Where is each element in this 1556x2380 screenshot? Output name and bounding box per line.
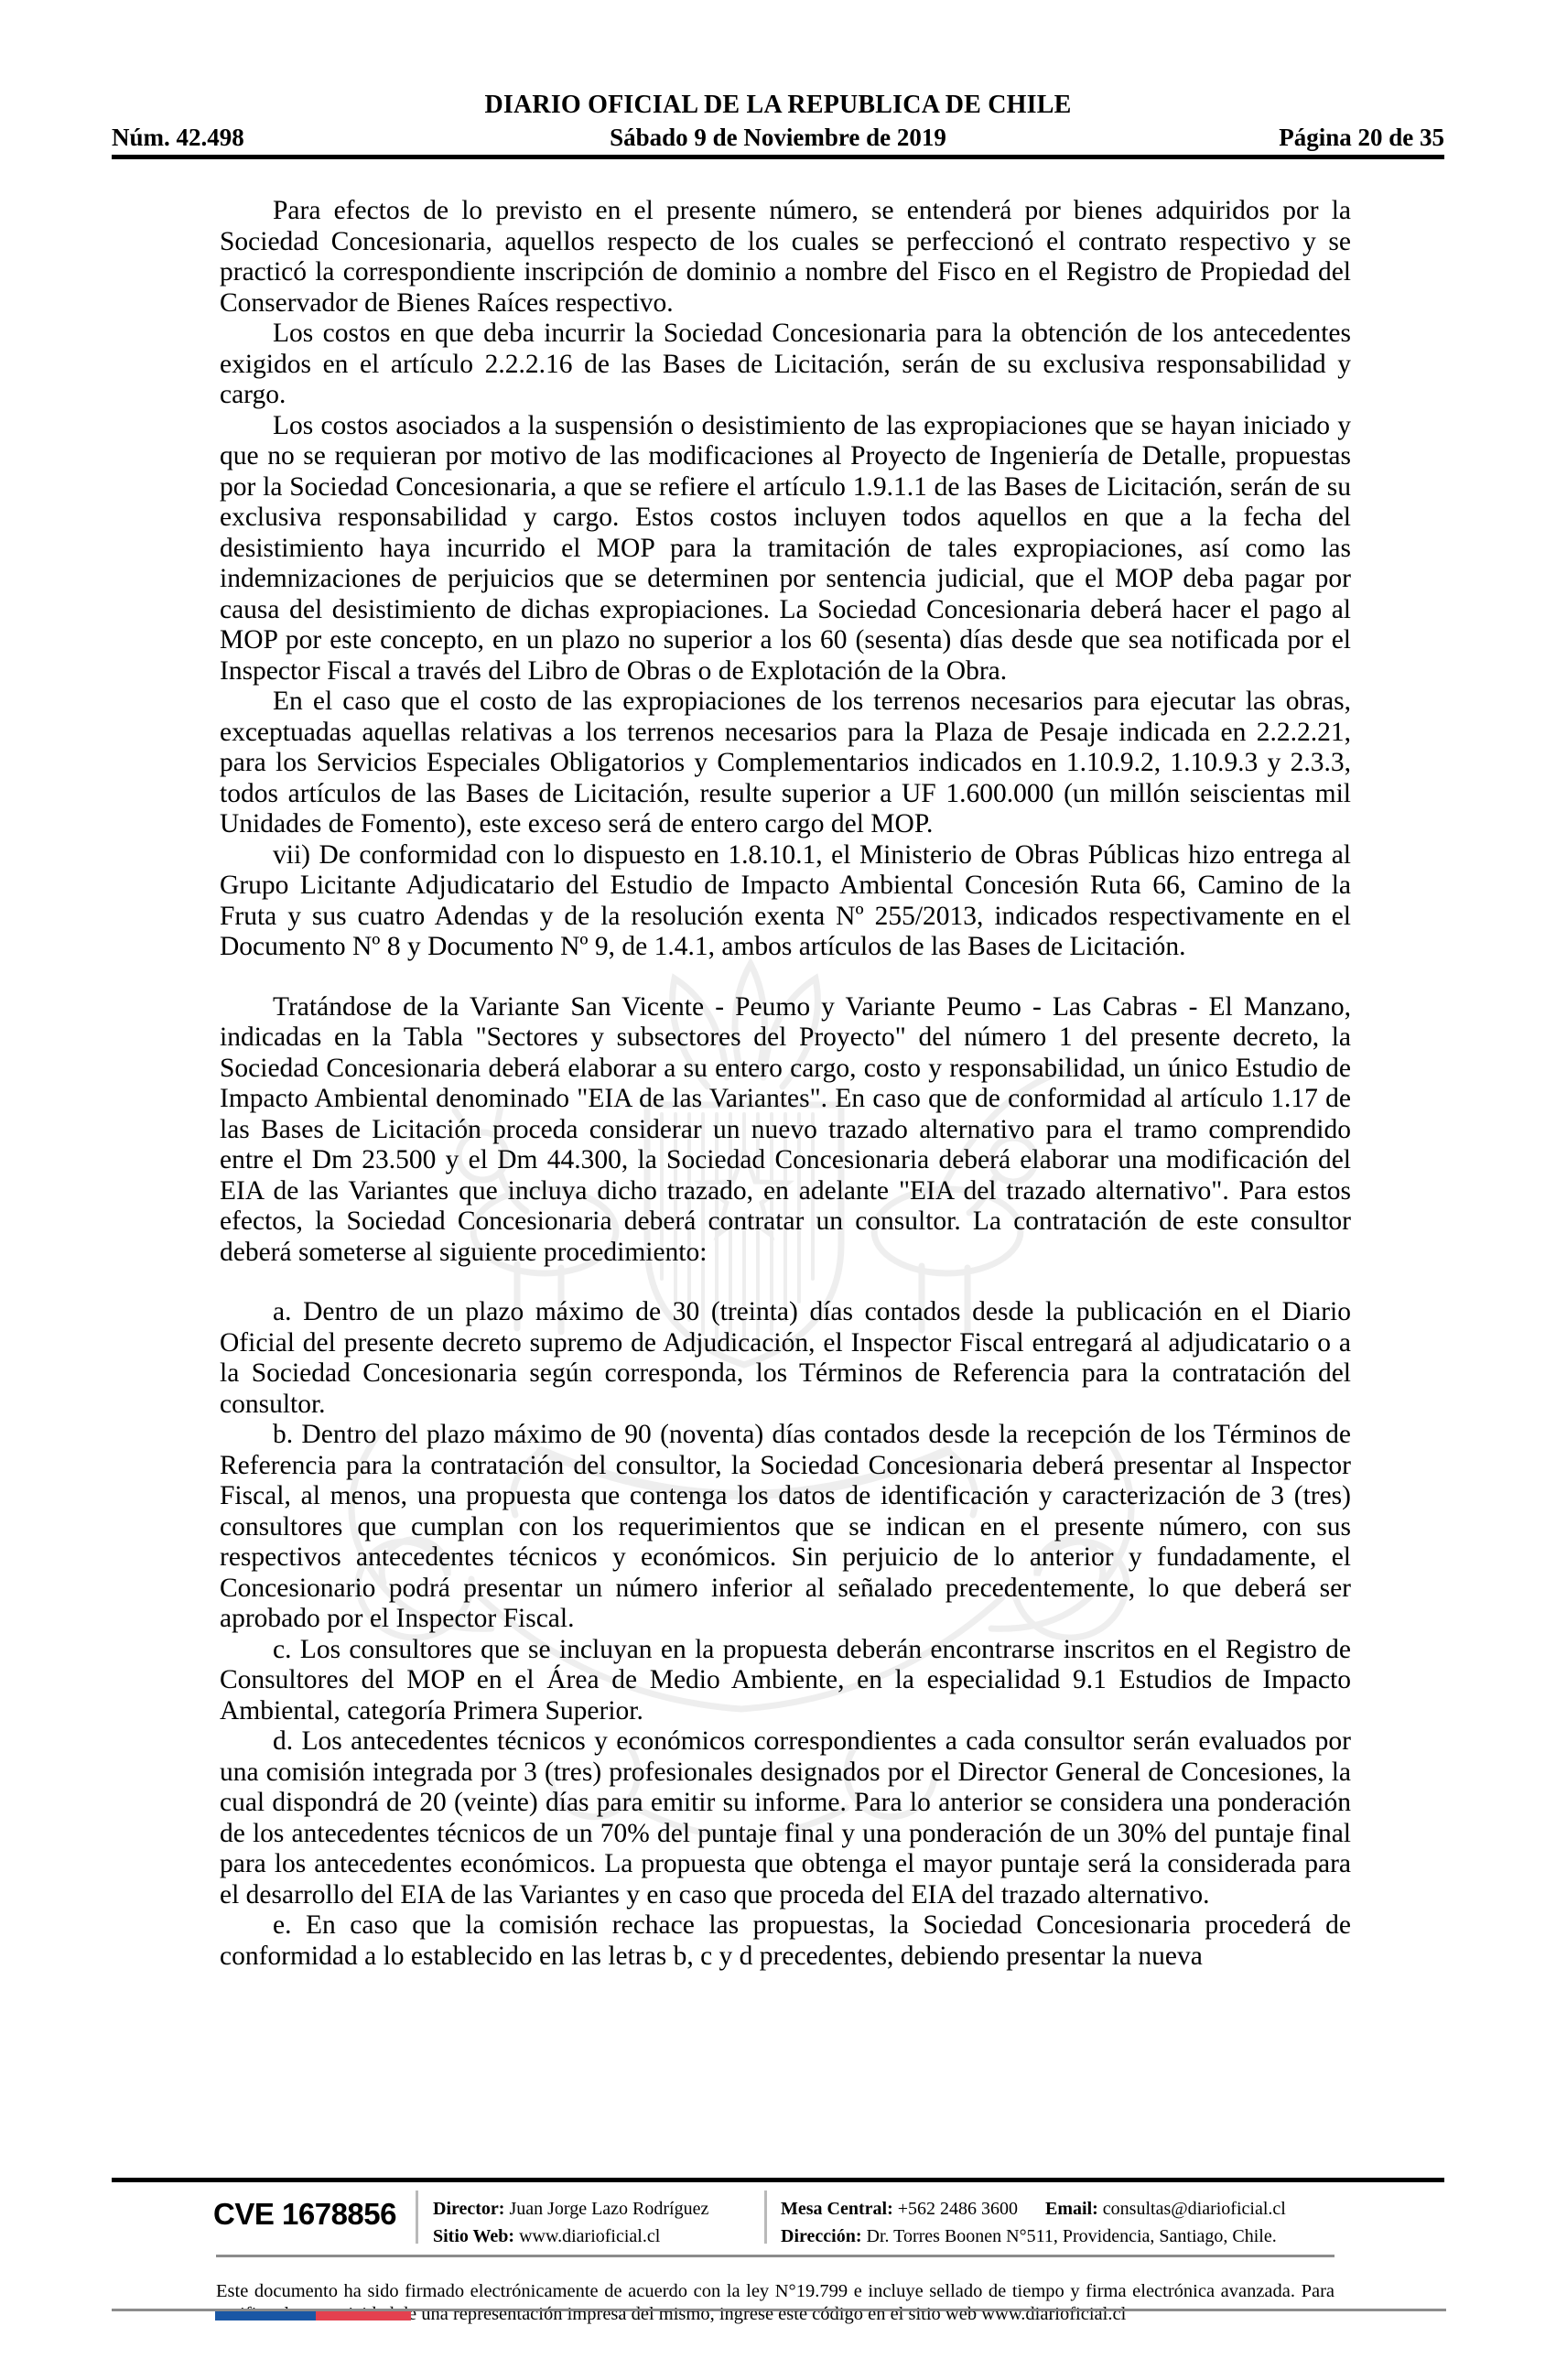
body-paragraph: Los costos en que deba incurrir la Socie… bbox=[220, 319, 1351, 411]
email-label: Email: bbox=[1045, 2199, 1098, 2219]
flag-red-segment bbox=[316, 2311, 411, 2320]
publication-title: DIARIO OFICIAL DE LA REPUBLICA DE CHILE bbox=[112, 92, 1444, 119]
body-paragraph: Los costos asociados a la suspensión o d… bbox=[220, 411, 1351, 687]
website-label: Sitio Web: bbox=[433, 2226, 514, 2246]
phone-email-line: Mesa Central: +562 2486 3600Email: consu… bbox=[781, 2195, 1286, 2223]
header-info-row: Núm. 42.498 Sábado 9 de Noviembre de 201… bbox=[112, 123, 1444, 152]
body-paragraph: vii) De conformidad con lo dispuesto en … bbox=[220, 840, 1351, 963]
page-indicator: Página 20 de 35 bbox=[1279, 123, 1444, 152]
document-body: Para efectos de lo previsto en el presen… bbox=[220, 196, 1351, 1972]
body-paragraph: En el caso que el costo de las expropiac… bbox=[220, 687, 1351, 840]
chile-flag-bar-icon bbox=[215, 2311, 411, 2320]
flag-blue-segment bbox=[215, 2311, 316, 2320]
header-divider bbox=[112, 155, 1444, 159]
body-paragraph: c. Los consultores que se incluyan en la… bbox=[220, 1635, 1351, 1727]
footer-divider bbox=[112, 2178, 1444, 2182]
address-line: Dirección: Dr. Torres Boonen N°511, Prov… bbox=[781, 2223, 1286, 2250]
cve-code: CVE 1678856 bbox=[213, 2197, 396, 2232]
body-paragraph: Para efectos de lo previsto en el presen… bbox=[220, 196, 1351, 319]
website-line: Sitio Web: www.diarioficial.cl bbox=[433, 2223, 708, 2250]
footer-contact-column: Mesa Central: +562 2486 3600Email: consu… bbox=[781, 2195, 1286, 2250]
body-paragraph: d. Los antecedentes técnicos y económico… bbox=[220, 1726, 1351, 1910]
director-label: Director: bbox=[433, 2199, 504, 2219]
email-link[interactable]: consultas@diarioficial.cl bbox=[1103, 2199, 1286, 2219]
footer-separator bbox=[764, 2191, 767, 2244]
address-label: Dirección: bbox=[781, 2226, 862, 2246]
legal-divider-top bbox=[216, 2255, 1334, 2257]
director-line: Director: Juan Jorge Lazo Rodríguez bbox=[433, 2195, 708, 2223]
body-paragraph: e. En caso que la comisión rechace las p… bbox=[220, 1910, 1351, 1972]
body-paragraph: Tratándose de la Variante San Vicente - … bbox=[220, 992, 1351, 1269]
director-name: Juan Jorge Lazo Rodríguez bbox=[509, 2199, 708, 2219]
issue-date: Sábado 9 de Noviembre de 2019 bbox=[112, 123, 1444, 152]
website-link[interactable]: www.diarioficial.cl bbox=[519, 2226, 660, 2246]
phone-label: Mesa Central: bbox=[781, 2199, 893, 2219]
gazette-page: DIARIO OFICIAL DE LA REPUBLICA DE CHILE … bbox=[0, 0, 1556, 2380]
footer-separator bbox=[416, 2191, 418, 2244]
body-paragraph: b. Dentro del plazo máximo de 90 (novent… bbox=[220, 1420, 1351, 1635]
phone-number: +562 2486 3600 bbox=[898, 2199, 1018, 2219]
address-value: Dr. Torres Boonen N°511, Providencia, Sa… bbox=[867, 2226, 1277, 2246]
footer-director-column: Director: Juan Jorge Lazo Rodríguez Siti… bbox=[433, 2195, 708, 2250]
body-paragraph: a. Dentro de un plazo máximo de 30 (trei… bbox=[220, 1297, 1351, 1420]
